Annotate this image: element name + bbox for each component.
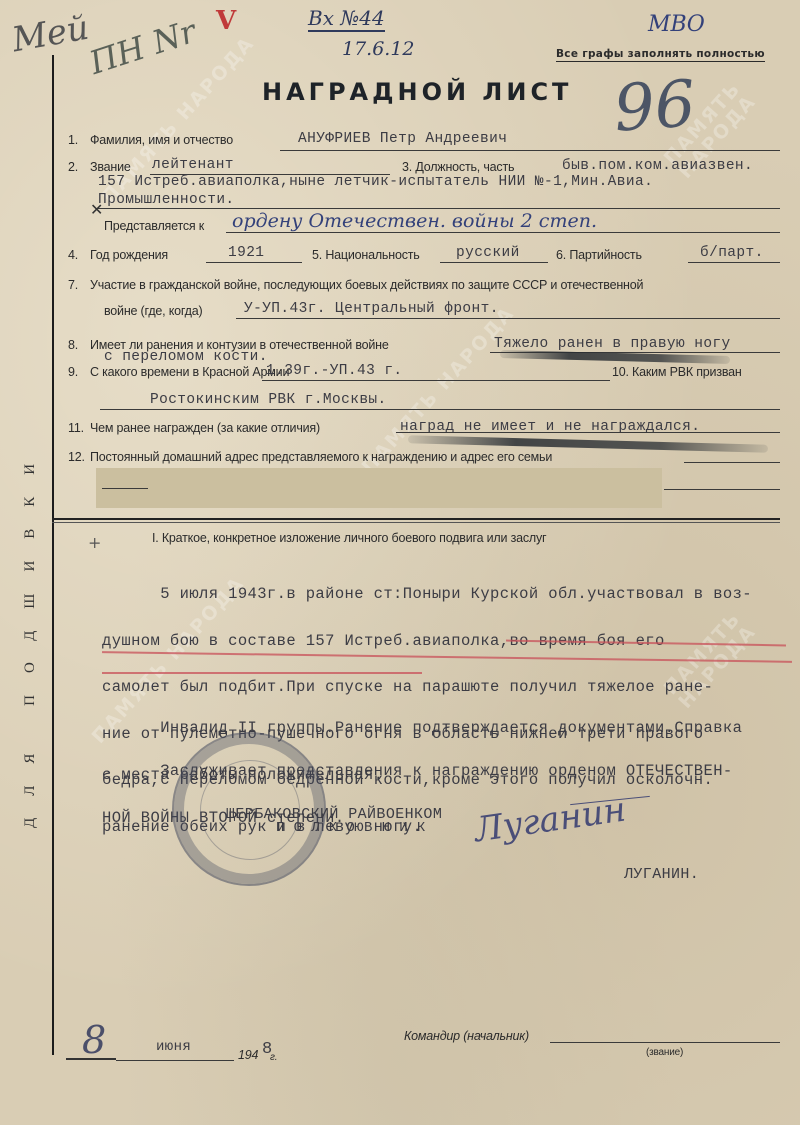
field-1-value: АНУФРИЕВ Петр Андреевич <box>298 131 507 147</box>
field-number: 7. <box>68 278 90 292</box>
field-1-label: 1.Фамилия, имя и отчество <box>68 133 233 147</box>
field-rule <box>96 208 780 209</box>
section-divider <box>52 518 780 520</box>
commander-label: Командир (начальник) <box>404 1029 529 1043</box>
field-10-value: Ростокинским РВК г.Москвы. <box>150 392 387 408</box>
field-label: Национальность <box>325 248 419 262</box>
field-number: 4. <box>68 248 90 262</box>
field-number: 12. <box>68 450 90 464</box>
text-line: 5 июля 1943г.в районе ст:Поныри Курской … <box>102 587 792 603</box>
handwritten-corner-note: ПН Nr <box>85 12 201 82</box>
field-label: Год рождения <box>90 248 168 262</box>
field-10-label: 10. Каким РВК призван <box>612 365 742 379</box>
field-4-value: 1921 <box>228 245 264 261</box>
signature-name: ЛУГАНИН. <box>624 866 699 883</box>
field-6-label: 6. Партийность <box>556 248 642 262</box>
footer-day: 8 <box>82 1018 106 1062</box>
field-number: 3. <box>402 160 412 174</box>
handwritten-incoming-number: Вх №44 <box>308 6 385 32</box>
handwritten-plus-mark: + <box>88 533 101 552</box>
section-heading: I. Краткое, конкретное изложение личного… <box>152 531 546 545</box>
presented-value: ордену Отечествен. войны 2 степ. <box>232 210 597 232</box>
red-underline <box>102 672 422 674</box>
rank-caption: (звание) <box>646 1047 683 1058</box>
field-number: 8. <box>68 338 90 352</box>
footer-date-rule <box>116 1060 234 1061</box>
field-9-label: 9.С какого времени в Красной Армии <box>68 365 289 379</box>
field-rule <box>262 380 610 381</box>
red-check-mark: V <box>216 6 236 36</box>
field-11-label: 11.Чем ранее награжден (за какие отличия… <box>68 421 320 435</box>
field-rule <box>396 432 780 433</box>
field-label: Фамилия, имя и отчество <box>90 133 233 147</box>
field-9-value: 1.39г.-УП.43 г. <box>266 363 403 379</box>
field-8-value-line1: Тяжело ранен в правую ногу <box>494 336 731 352</box>
field-number: 2. <box>68 160 90 174</box>
field-label: Участие в гражданской войне, последующих… <box>90 278 643 292</box>
document-title: НАГРАДНОЙ ЛИСТ <box>262 78 572 106</box>
field-4-label: 4.Год рождения <box>68 248 168 262</box>
field-rule <box>440 262 548 263</box>
field-label: Партийность <box>569 248 641 262</box>
field-5-value: русский <box>456 245 520 261</box>
field-3-value-line3: Промышленности. <box>98 192 235 208</box>
field-number: 1. <box>68 133 90 147</box>
footer-month: июня <box>156 1039 191 1055</box>
field-5-label: 5. Национальность <box>312 248 420 262</box>
field-7-label-line2: войне (где, когда) <box>104 304 202 318</box>
field-3-value-line2: 157 Истреб.авиаполка,ныне летчик-испытат… <box>98 174 653 190</box>
field-rule <box>102 488 148 489</box>
field-number: 5. <box>312 248 322 262</box>
margin-rule <box>52 55 54 1055</box>
footer-year-g: г. <box>270 1052 277 1063</box>
field-3-value-line1: быв.пом.ком.авиазвен. <box>562 158 753 174</box>
footer-day-dash <box>66 1058 116 1060</box>
field-label: Звание <box>90 160 131 174</box>
field-number: 9. <box>68 365 90 379</box>
field-2-label: 2.Звание <box>68 160 131 174</box>
field-label: Должность, часть <box>415 160 514 174</box>
field-label: С какого времени в Красной Армии <box>90 365 289 379</box>
field-7-label: 7.Участие в гражданской войне, последующ… <box>68 278 643 292</box>
presented-label: Представляется к <box>104 219 204 233</box>
field-rule <box>280 150 780 151</box>
big-handwritten-mark: 96 <box>612 67 698 147</box>
fill-instruction: Все графы заполнять полностью <box>556 48 765 62</box>
field-2-value: лейтенант <box>152 157 234 173</box>
field-number: 11. <box>68 421 90 435</box>
field-rule <box>684 462 780 463</box>
handwritten-cross-mark: ✕ <box>90 200 103 219</box>
field-12-label: 12.Постоянный домашний адрес представляе… <box>68 450 552 464</box>
margin-label: ДЛЯ ПОДШИВКИ <box>22 300 52 970</box>
field-label: Чем ранее награжден (за какие отличия) <box>90 421 320 435</box>
text-line: душном бою в составе 157 Истреб.авиаполк… <box>102 634 792 650</box>
field-7-value: У-УП.43г. Центральный фронт. <box>244 301 499 317</box>
field-rule <box>688 262 780 263</box>
field-rule <box>236 318 780 319</box>
field-3-label: 3. Должность, часть <box>402 160 514 174</box>
redacted-address <box>96 468 662 508</box>
field-number: 6. <box>556 248 566 262</box>
handwritten-incoming-date: 17.6.12 <box>342 38 415 60</box>
field-label: Постоянный домашний адрес представляемог… <box>90 450 552 464</box>
field-rule <box>664 489 780 490</box>
field-rule <box>100 409 780 410</box>
commander-signature-rule <box>550 1042 780 1043</box>
field-rule <box>206 262 302 263</box>
footer-year-prefix: 194 <box>238 1048 258 1062</box>
field-6-value: б/парт. <box>700 245 764 261</box>
section-divider <box>52 522 780 523</box>
field-rule <box>226 232 780 233</box>
handwritten-note-topleft: Мей <box>9 8 92 61</box>
signature-rank: П О Л К О В Н И К <box>276 820 426 836</box>
field-8-value-line2: с переломом кости. <box>104 349 268 365</box>
handwritten-topright-note: МВО <box>648 12 705 37</box>
